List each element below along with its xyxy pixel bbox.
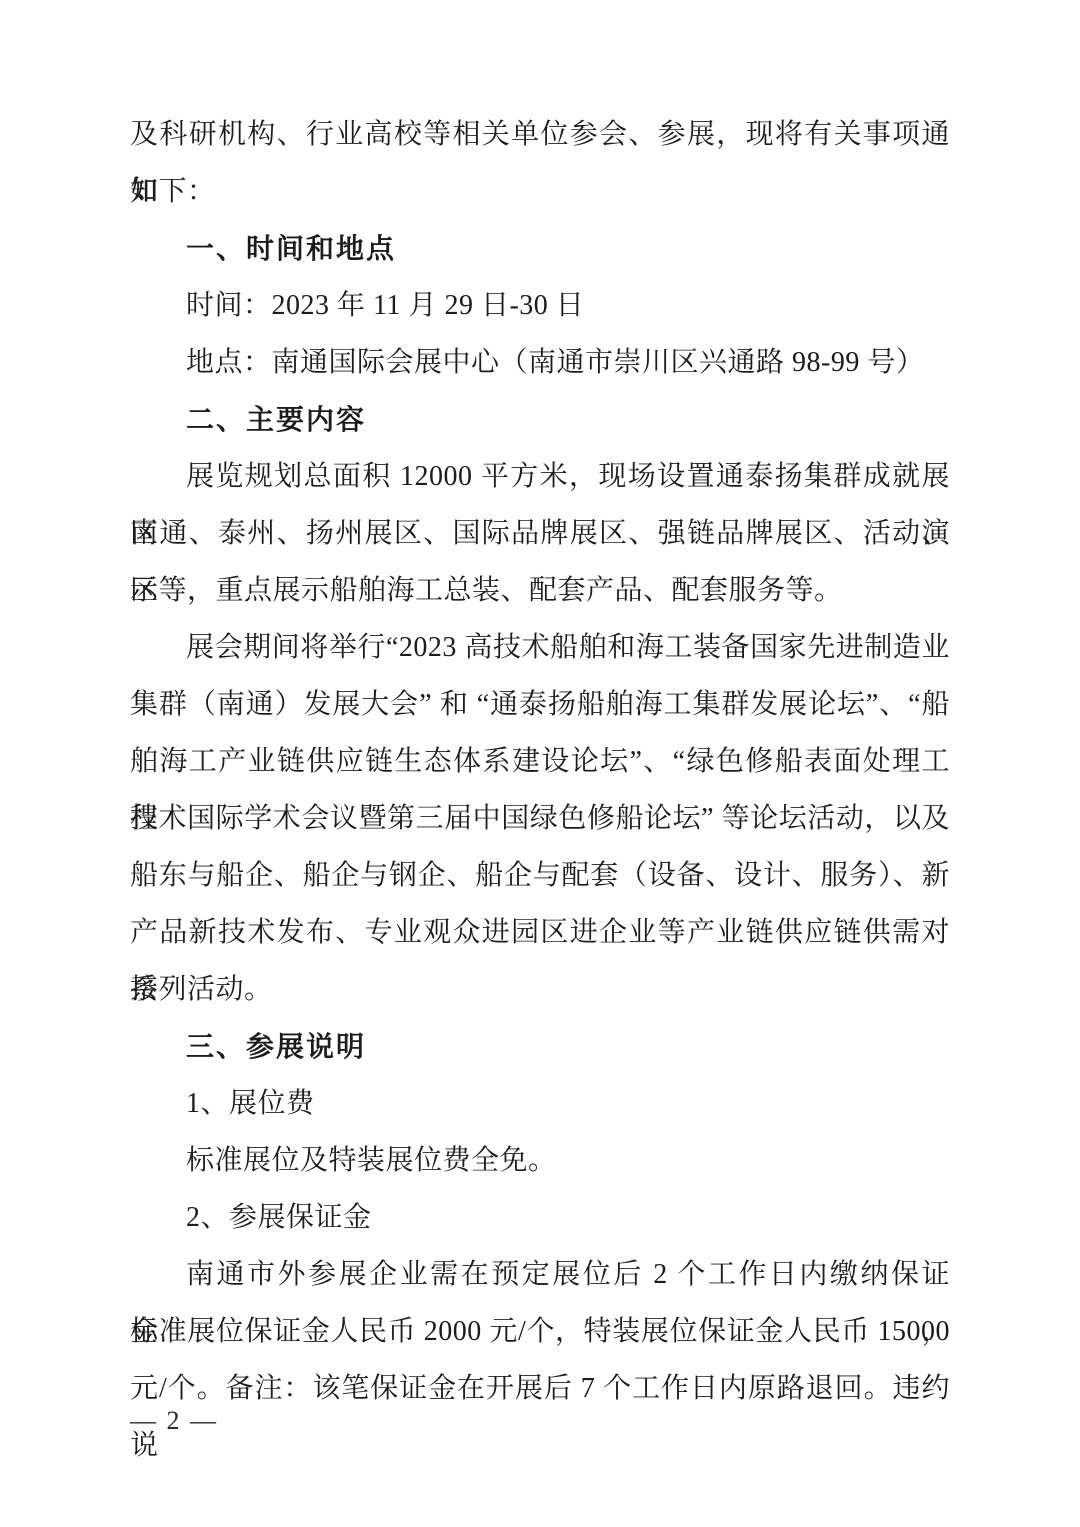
document-text-block: 及科研机构、行业高校等相关单位参会、参展，现将有关事项通知 如下： 一、时间和地… xyxy=(130,106,950,1417)
text-line: 船东与船企、船企与钢企、船企与配套（设备、设计、服务）、新 xyxy=(130,847,950,904)
text-line: 产品新技术发布、专业观众进园区进企业等产业链供应链供需对接 xyxy=(130,904,950,961)
time-line: 时间：2023 年 11 月 29 日-30 日 xyxy=(130,277,950,334)
document-page: 及科研机构、行业高校等相关单位参会、参展，现将有关事项通知 如下： 一、时间和地… xyxy=(0,0,1080,1527)
text-line: 如下： xyxy=(130,163,950,220)
section-heading-3: 三、参展说明 xyxy=(130,1018,950,1075)
text-line: 标准展位及特装展位费全免。 xyxy=(130,1132,950,1189)
text-line: 标准展位保证金人民币 2000 元/个，特装展位保证金人民币 15000 xyxy=(130,1303,950,1360)
text-line: 及科研机构、行业高校等相关单位参会、参展，现将有关事项通知 xyxy=(130,106,950,163)
text-line: 技术国际学术会议暨第三届中国绿色修船论坛” 等论坛活动，以及 xyxy=(130,790,950,847)
text-line: 元/个。备注：该笔保证金在开展后 7 个工作日内原路退回。违约说 xyxy=(130,1360,950,1417)
text-line: 南通市外参展企业需在预定展位后 2 个工作日内缴纳保证金， xyxy=(130,1246,950,1303)
page-number: — 2 — xyxy=(130,1404,218,1438)
location-line: 地点：南通国际会展中心（南通市崇川区兴通路 98-99 号） xyxy=(130,334,950,391)
text-line: 集群（南通）发展大会” 和 “通泰扬船舶海工集群发展论坛”、“船 xyxy=(130,676,950,733)
text-line: 展览规划总面积 12000 平方米，现场设置通泰扬集群成就展区、 xyxy=(130,448,950,505)
section-heading-1: 一、时间和地点 xyxy=(130,220,950,277)
section-heading-2: 二、主要内容 xyxy=(130,391,950,448)
text-line: 系列活动。 xyxy=(130,961,950,1018)
text-line: 南通、泰州、扬州展区、国际品牌展区、强链品牌展区、活动演示 xyxy=(130,505,950,562)
text-line: 舶海工产业链供应链生态体系建设论坛”、“绿色修船表面处理工程 xyxy=(130,733,950,790)
text-line: 展会期间将举行“2023 高技术船舶和海工装备国家先进制造业 xyxy=(130,619,950,676)
list-item-1: 1、展位费 xyxy=(130,1075,950,1132)
list-item-2: 2、参展保证金 xyxy=(130,1189,950,1246)
text-line: 区等，重点展示船舶海工总装、配套产品、配套服务等。 xyxy=(130,562,950,619)
